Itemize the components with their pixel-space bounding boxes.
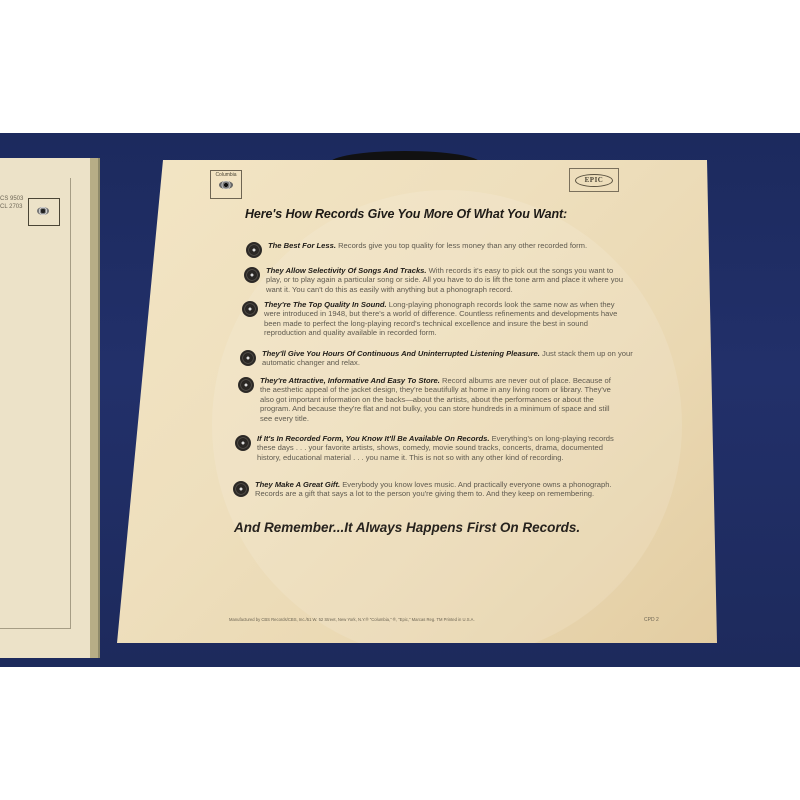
album-jacket: CS 9503 CL 2703: [0, 158, 98, 658]
record-icon: [240, 350, 256, 366]
epic-logo-icon: EPIC: [569, 168, 619, 192]
sleeve-item: They're Attractive, Informative And Easy…: [260, 376, 620, 423]
sleeve-headline: Here's How Records Give You More Of What…: [245, 207, 567, 221]
item-body: Records give you top quality for less mo…: [338, 241, 587, 250]
item-title: They Make A Great Gift.: [255, 480, 340, 489]
epic-logo-text: EPIC: [575, 174, 613, 187]
item-title: The Best For Less.: [268, 241, 336, 250]
sleeve-item: They're The Top Quality In Sound. Long-p…: [264, 300, 624, 338]
item-title: They'll Give You Hours Of Continuous And…: [262, 349, 540, 358]
record-icon: [246, 242, 262, 258]
record-icon: [244, 267, 260, 283]
sleeve-item: If It's In Recorded Form, You Know It'll…: [257, 434, 617, 462]
record-icon: [233, 481, 249, 497]
catalog-line: CS 9503: [0, 195, 23, 203]
sleeve-item: They Allow Selectivity Of Songs And Trac…: [266, 266, 626, 294]
record-icon: [235, 435, 251, 451]
album-border: [0, 178, 71, 629]
catalog-line: CL 2703: [0, 203, 23, 211]
record-icon: [242, 301, 258, 317]
item-title: They're Attractive, Informative And Easy…: [260, 376, 440, 385]
item-title: They're The Top Quality In Sound.: [264, 300, 387, 309]
columbia-eye-icon: [219, 181, 233, 189]
columbia-logo-text: Columbia: [211, 172, 241, 178]
record-icon: [238, 377, 254, 393]
sleeve-item: The Best For Less. Records give you top …: [268, 241, 628, 250]
sleeve-item: They Make A Great Gift. Everybody you kn…: [255, 480, 615, 499]
sleeve-closing-line: And Remember...It Always Happens First O…: [234, 520, 580, 535]
columbia-logo-icon: [28, 198, 60, 226]
item-title: They Allow Selectivity Of Songs And Trac…: [266, 266, 427, 275]
sleeve-code: CPD 2: [644, 617, 659, 623]
columbia-logo-icon: Columbia: [210, 170, 242, 199]
sleeve-footer: Manufactured by CBS Records/CBS, Inc./51…: [229, 617, 475, 622]
album-catalog-numbers: CS 9503 CL 2703: [0, 195, 23, 211]
item-title: If It's In Recorded Form, You Know It'll…: [257, 434, 489, 443]
sleeve-item: They'll Give You Hours Of Continuous And…: [262, 349, 642, 368]
sleeve-disc-impression: [212, 190, 682, 660]
